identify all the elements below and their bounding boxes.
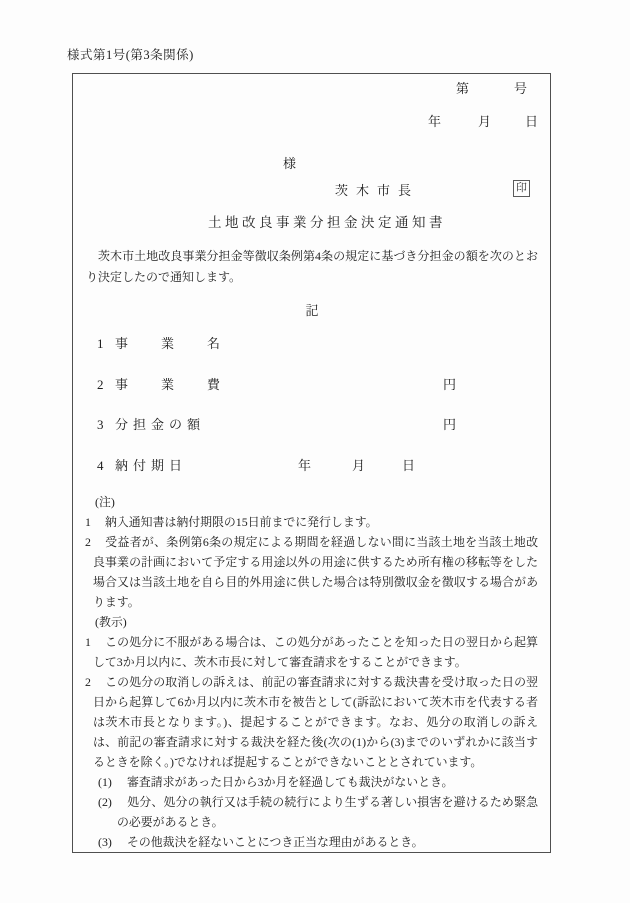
sub-item-marker: (3) — [98, 832, 127, 852]
year-label: 年 — [428, 114, 441, 129]
item-row-project-cost: 2事業費円 — [97, 374, 538, 395]
item-number: 3 — [97, 414, 115, 435]
item-number: 4 — [97, 455, 115, 476]
sub-item-1: (1)審査請求があった日から3か月を経過しても裁決がないとき。 — [85, 772, 538, 792]
item-row-contribution-amount: 3分担金の額円 — [97, 414, 538, 435]
sub-item-marker: (2) — [98, 792, 127, 812]
due-day-label: 日 — [402, 455, 415, 476]
due-month-label: 月 — [352, 455, 365, 476]
item-unit-yen: 円 — [443, 374, 456, 395]
item-unit-yen: 円 — [443, 414, 456, 435]
instruction-text: この処分の取消しの訴えは、前記の審査請求に対する裁決書を受け取った日の翌日から起… — [93, 675, 538, 769]
instructions-heading: (教示) — [85, 612, 538, 632]
note-item-2: 2受益者が、条例第6条の規定による期間を経過しない間に当該土地を当該土地改良事業… — [85, 532, 538, 612]
form-style-label: 様式第1号(第3条関係) — [67, 45, 194, 63]
sub-item-text: 審査請求があった日から3か月を経過しても裁決がないとき。 — [127, 775, 453, 789]
document-title: 土地改良事業分担金決定通知書 — [86, 212, 538, 233]
item-label: 事業名 — [115, 336, 253, 351]
item-row-payment-due-date: 4納付期日年月日 — [97, 455, 538, 476]
notes-heading: (注) — [85, 492, 538, 512]
due-year-label: 年 — [298, 455, 311, 476]
body-paragraph: 茨木市土地改良事業分担金等徴収条例第4条の規定に基づき分担金の額を次のとおり決定… — [86, 246, 538, 288]
item-number: 1 — [97, 333, 115, 354]
instruction-number: 1 — [85, 632, 105, 652]
sub-item-2: (2)処分、処分の執行又は手続の続行により生ずる著しい損害を避けるため緊急の必要… — [85, 792, 538, 832]
doc-number-line: 第号 — [86, 78, 538, 99]
item-label: 納付期日 — [115, 458, 187, 473]
note-number: 1 — [85, 512, 105, 532]
note-number: 2 — [85, 532, 105, 552]
item-row-project-name: 1事業名 — [97, 333, 538, 354]
note-text: 受益者が、条例第6条の規定による期間を経過しない間に当該土地を当該土地改良事業の… — [93, 535, 538, 609]
item-label: 事業費 — [115, 377, 253, 392]
addressee-line: 様 — [283, 153, 538, 174]
sub-item-marker: (1) — [98, 772, 127, 792]
instruction-number: 2 — [85, 672, 105, 692]
seal-stamp-icon: 印 — [513, 180, 530, 197]
doc-number-prefix: 第 — [456, 81, 469, 96]
sub-item-3: (3)その他裁決を経ないことにつき正当な理由があるとき。 — [85, 832, 538, 852]
item-label: 分担金の額 — [115, 417, 205, 432]
note-text: 納入通知書は納付期限の15日前までに発行します。 — [105, 515, 378, 529]
sender-line: 茨木市長 — [335, 180, 538, 201]
issue-date-line: 年月日 — [86, 111, 538, 132]
instruction-text: この処分に不服がある場合は、この処分があったことを知った日の翌日から起算して3か… — [93, 635, 538, 669]
document-sheet: 様式第1号(第3条関係) 第号 年月日 様 茨木市長 印 土地改良事業分担金決定… — [0, 0, 630, 903]
item-number: 2 — [97, 374, 115, 395]
sub-item-text: その他裁決を経ないことにつき正当な理由があるとき。 — [127, 835, 424, 849]
ki-label: 記 — [86, 300, 538, 321]
sender-title: 茨木市長 — [335, 183, 419, 198]
document-box: 第号 年月日 様 茨木市長 印 土地改良事業分担金決定通知書 茨木市土地改良事業… — [72, 73, 551, 853]
sub-item-text: 処分、処分の執行又は手続の続行により生ずる著しい損害を避けるため緊急の必要がある… — [117, 795, 538, 829]
note-item-1: 1納入通知書は納付期限の15日前までに発行します。 — [85, 512, 538, 532]
instruction-item-2: 2この処分の取消しの訴えは、前記の審査請求に対する裁決書を受け取った日の翌日から… — [85, 672, 538, 772]
doc-number-suffix: 号 — [514, 81, 527, 96]
month-label: 月 — [478, 114, 491, 129]
notes-section: (注) 1納入通知書は納付期限の15日前までに発行します。 2受益者が、条例第6… — [85, 492, 538, 852]
addressee-suffix: 様 — [283, 156, 296, 171]
instruction-item-1: 1この処分に不服がある場合は、この処分があったことを知った日の翌日から起算して3… — [85, 632, 538, 672]
day-label: 日 — [525, 114, 538, 129]
